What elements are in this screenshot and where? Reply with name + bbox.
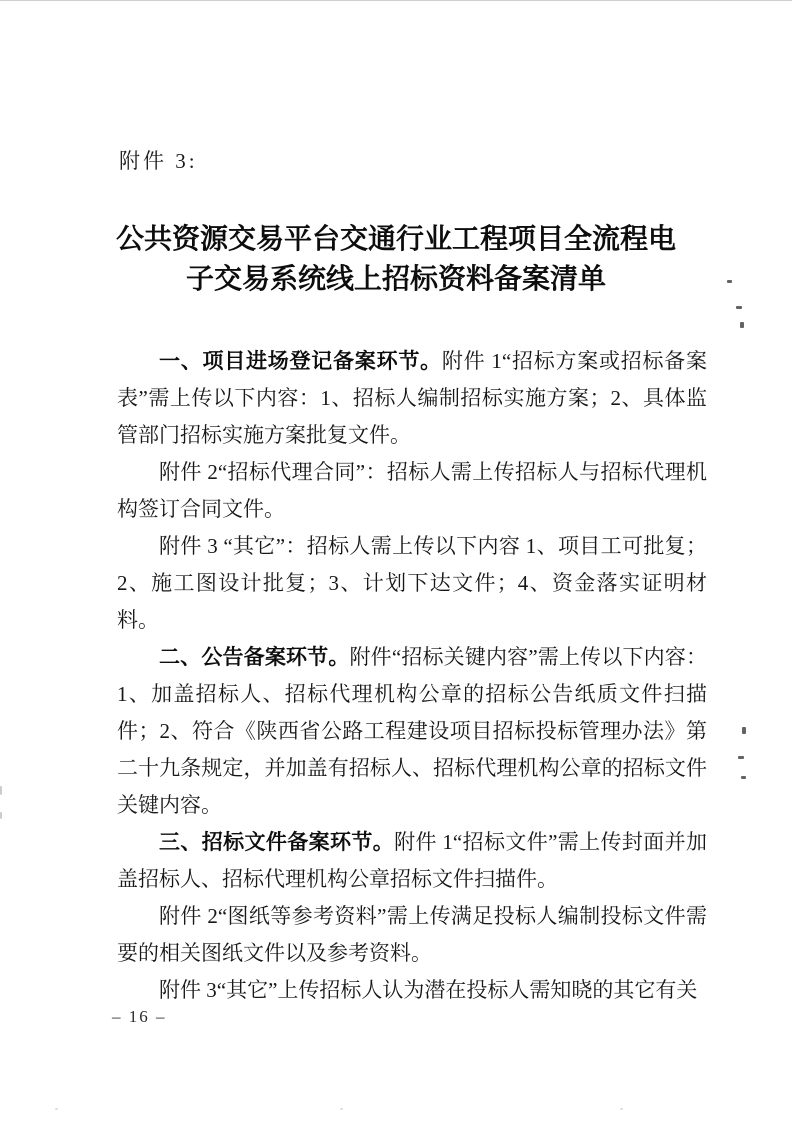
document-title-line-1: 公共资源交易平台交通行业工程项目全流程电 <box>0 220 792 260</box>
section-heading-1: 一、项目进场登记备案环节。 <box>159 349 442 373</box>
scan-speck <box>55 1108 58 1110</box>
paragraph-other-attachment-3: 附件 3 “其它”：招标人需上传以下内容 1、项目工可批复；2、施工图设计批复；… <box>117 528 707 639</box>
paragraph-drawings-reference: 附件 2“图纸等参考资料”需上传满足投标人编制投标文件需要的相关图纸文件以及参考… <box>117 898 707 972</box>
paragraph-other-info: 附件 3“其它”上传招标人认为潜在投标人需知晓的其它有关 <box>117 972 707 1009</box>
scan-speck <box>0 786 2 795</box>
paragraph-text: 附件 3 “其它”：招标人需上传以下内容 1、项目工可批复；2、施工图设计批复；… <box>117 534 707 632</box>
scan-speck <box>740 322 744 328</box>
attachment-label: 附件 3: <box>119 145 198 175</box>
paragraph-text: 附件 3“其它”上传招标人认为潜在投标人需知晓的其它有关 <box>159 978 697 1002</box>
page-number: – 16 – <box>112 1007 167 1027</box>
paragraph-announcement-filing: 二、公告备案环节。附件“招标关键内容”需上传以下内容：1、加盖招标人、招标代理机… <box>117 639 707 824</box>
document-body: 一、项目进场登记备案环节。附件 1“招标方案或招标备案表”需上传以下内容：1、招… <box>117 343 707 1009</box>
scan-speck <box>0 812 2 819</box>
document-title-line-2: 子交易系统线上招标资料备案清单 <box>0 260 792 300</box>
scan-speck <box>620 1108 623 1110</box>
paragraph-text: 附件 2“图纸等参考资料”需上传满足投标人编制投标文件需要的相关图纸文件以及参考… <box>117 904 707 965</box>
section-heading-3: 三、招标文件备案环节。 <box>159 830 394 854</box>
scan-speck <box>340 1108 343 1110</box>
paragraph-agency-contract: 附件 2“招标代理合同”：招标人需上传招标人与招标代理机构签订合同文件。 <box>117 454 707 528</box>
paragraph-text: 附件“招标关键内容”需上传以下内容：1、加盖招标人、招标代理机构公章的招标公告纸… <box>117 645 707 817</box>
scan-speck <box>736 306 742 309</box>
document-title: 公共资源交易平台交通行业工程项目全流程电 子交易系统线上招标资料备案清单 <box>0 220 792 300</box>
paragraph-bid-document-filing: 三、招标文件备案环节。附件 1“招标文件”需上传封面并加盖招标人、招标代理机构公… <box>117 824 707 898</box>
scan-speck <box>727 280 732 283</box>
scan-speck <box>742 727 746 734</box>
scan-speck <box>738 756 744 759</box>
scan-speck <box>741 776 746 779</box>
scan-edge-line <box>0 0 792 1</box>
paragraph-text: 附件 2“招标代理合同”：招标人需上传招标人与招标代理机构签订合同文件。 <box>117 460 707 521</box>
paragraph-project-entry-registration: 一、项目进场登记备案环节。附件 1“招标方案或招标备案表”需上传以下内容：1、招… <box>117 343 707 454</box>
section-heading-2: 二、公告备案环节。 <box>159 645 350 669</box>
document-page: 附件 3: 公共资源交易平台交通行业工程项目全流程电 子交易系统线上招标资料备案… <box>0 0 792 1124</box>
